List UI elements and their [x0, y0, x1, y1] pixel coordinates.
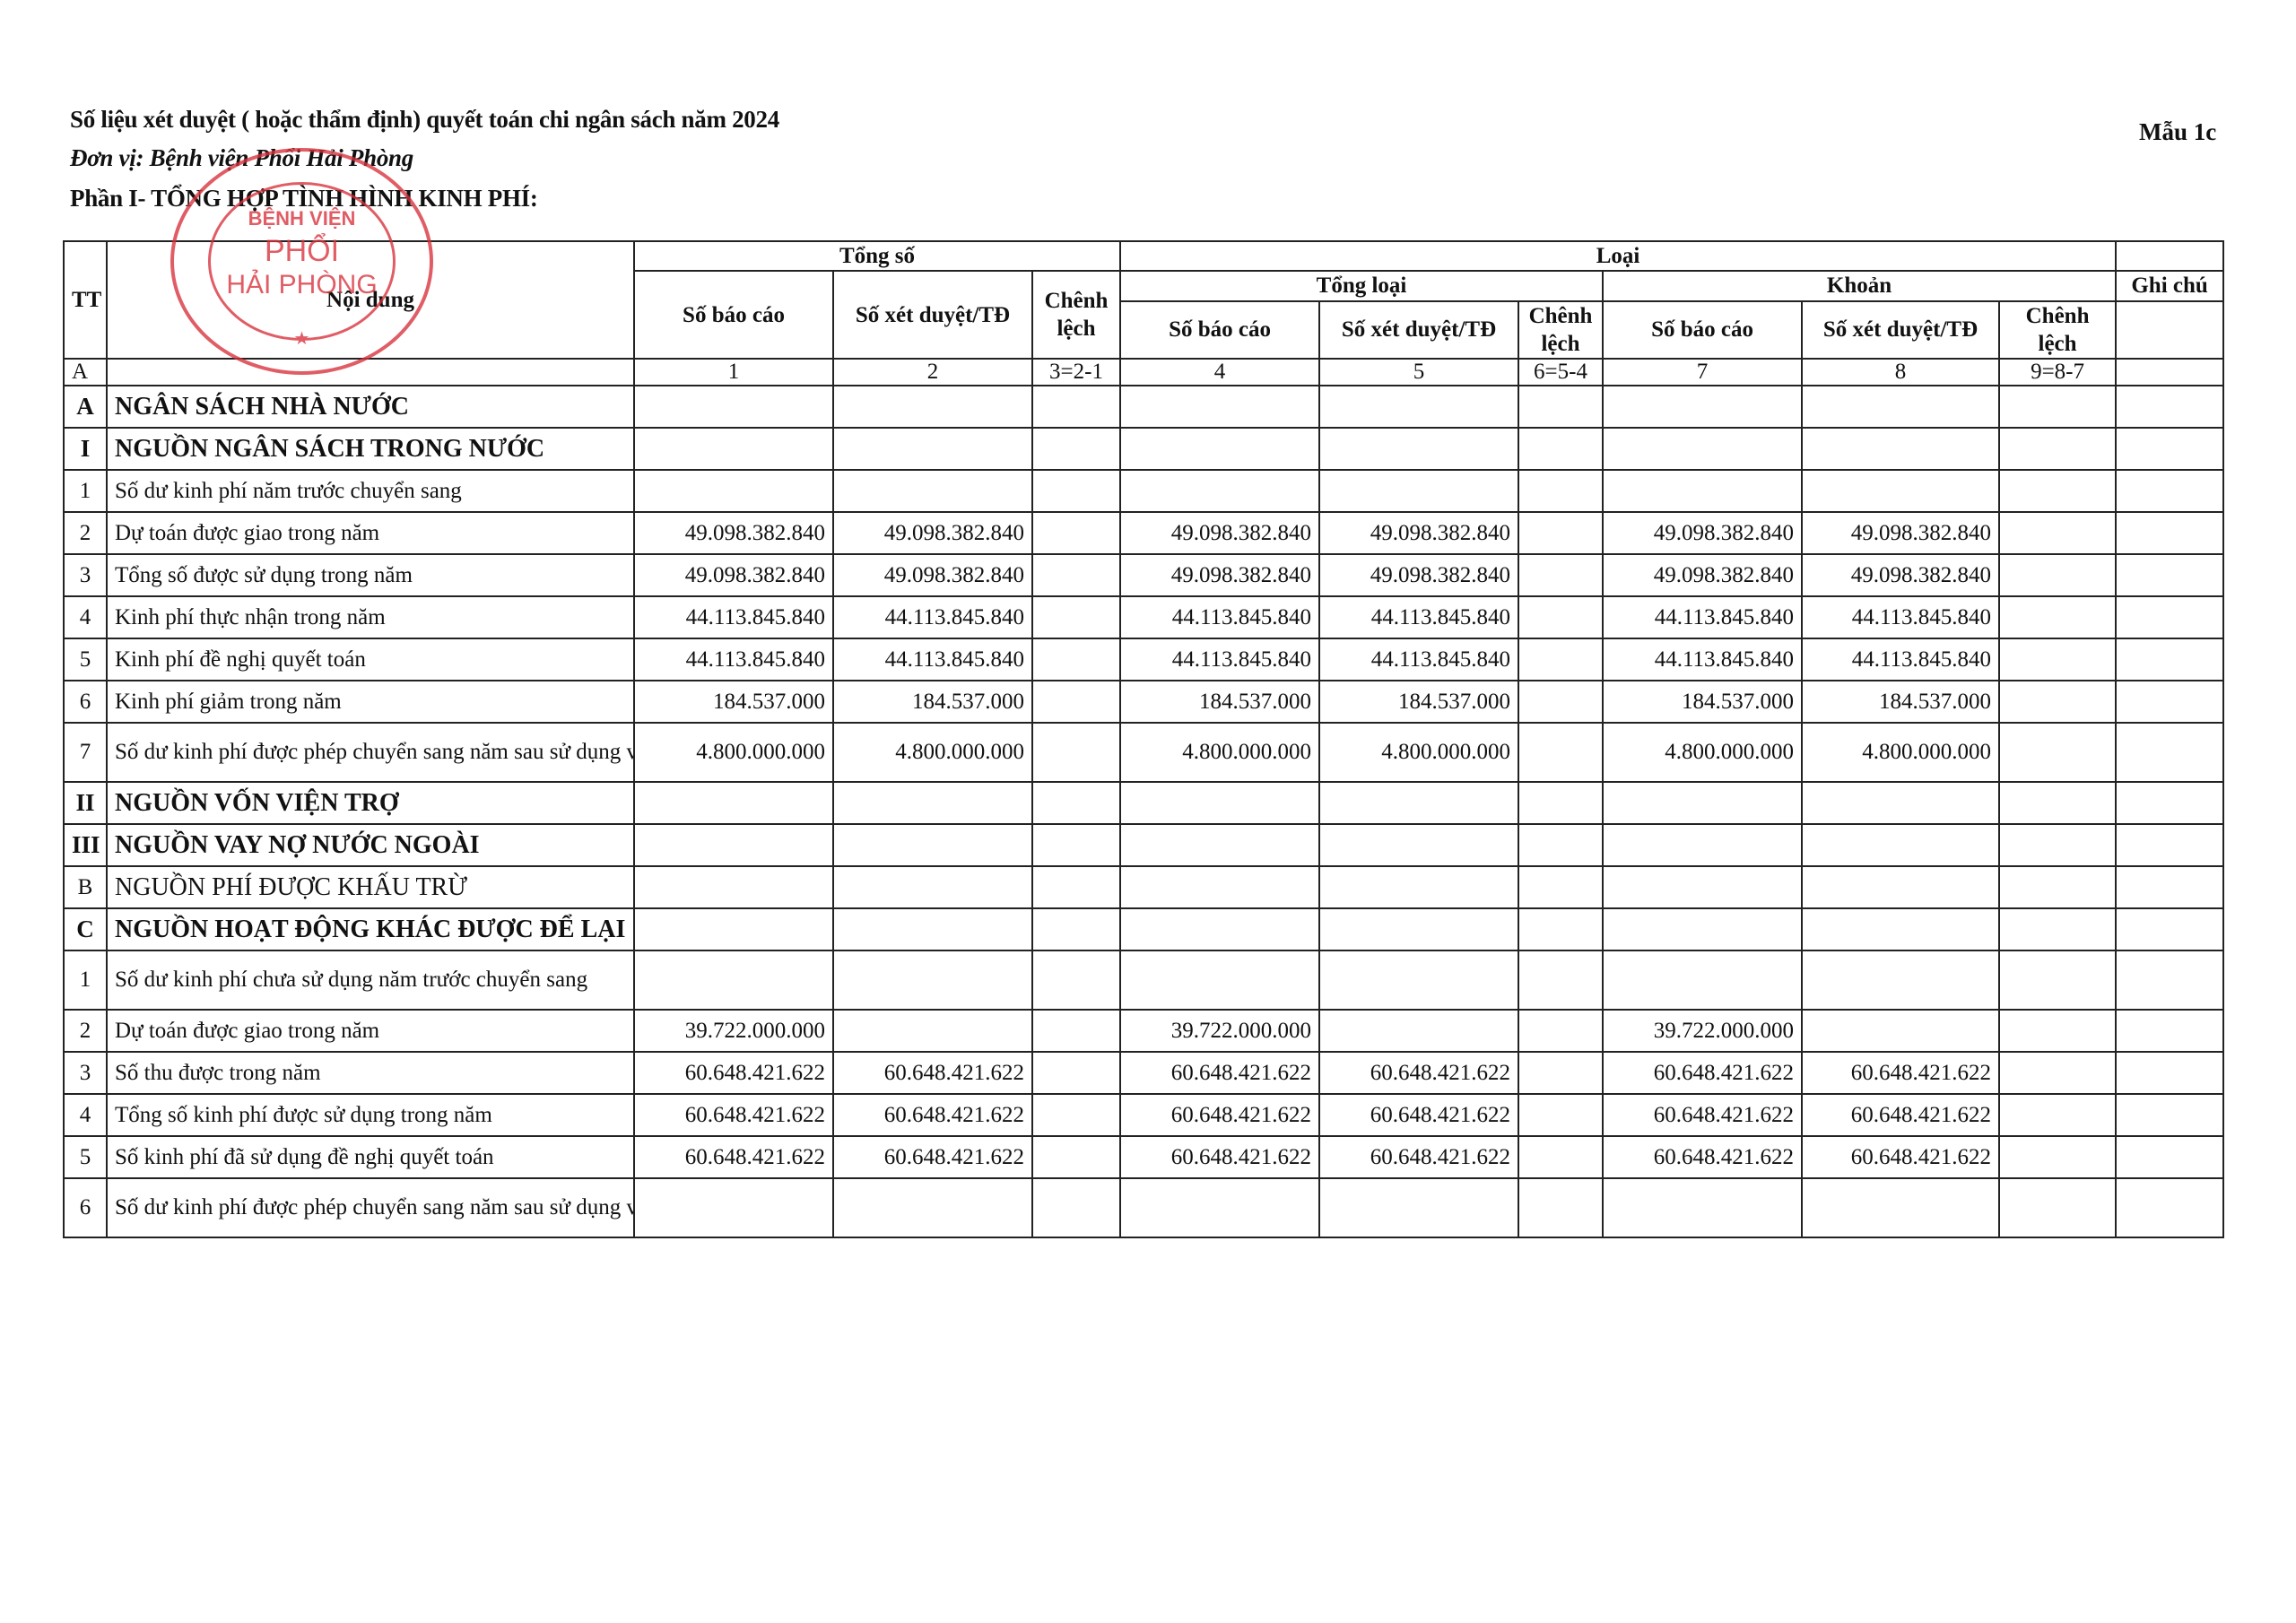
- value-cell: 49.098.382.840: [1319, 512, 1518, 554]
- value-cell: [833, 866, 1032, 908]
- value-cell: 60.648.421.622: [1120, 1136, 1319, 1178]
- value-cell: [2116, 554, 2223, 596]
- value-cell: [1999, 554, 2116, 596]
- header-note-blank: [2116, 301, 2223, 360]
- value-cell: [1603, 866, 1802, 908]
- row-label: NGUỒN VAY NỢ NƯỚC NGOÀI: [107, 824, 634, 866]
- value-cell: 60.648.421.622: [634, 1052, 833, 1094]
- value-cell: [634, 470, 833, 512]
- value-cell: [1032, 908, 1120, 950]
- column-index-cell: 3=2-1: [1032, 359, 1120, 386]
- row-label: NGÂN SÁCH NHÀ NƯỚC: [107, 386, 634, 428]
- value-cell: [1999, 596, 2116, 638]
- value-cell: [2116, 638, 2223, 681]
- value-cell: 60.648.421.622: [1802, 1094, 1999, 1136]
- header-type-total: Tổng loại: [1120, 271, 1603, 300]
- header-item-diff: Chênh lệch: [1999, 301, 2116, 360]
- value-cell: [833, 386, 1032, 428]
- row-number: C: [64, 908, 107, 950]
- value-cell: [1120, 950, 1319, 1010]
- value-cell: [1603, 908, 1802, 950]
- value-cell: 44.113.845.840: [634, 638, 833, 681]
- value-cell: 39.722.000.000: [1120, 1010, 1319, 1052]
- table-row: CNGUỒN HOẠT ĐỘNG KHÁC ĐƯỢC ĐỂ LẠI: [64, 908, 2223, 950]
- row-label: NGUỒN PHÍ ĐƯỢC KHẤU TRỪ: [107, 866, 634, 908]
- value-cell: [1802, 470, 1999, 512]
- header-item: Khoản: [1603, 271, 2116, 300]
- row-label: Tổng số được sử dụng trong năm: [107, 554, 634, 596]
- row-label: Dự toán được giao trong năm: [107, 512, 634, 554]
- header-tt: TT: [64, 241, 107, 359]
- value-cell: [1120, 824, 1319, 866]
- value-cell: [1518, 824, 1603, 866]
- column-index-cell: 9=8-7: [1999, 359, 2116, 386]
- row-number: I: [64, 428, 107, 470]
- value-cell: [1999, 782, 2116, 824]
- value-cell: 49.098.382.840: [1120, 554, 1319, 596]
- value-cell: 4.800.000.000: [1120, 723, 1319, 782]
- value-cell: [2116, 512, 2223, 554]
- budget-settlement-table: TT Nội dung Tổng số Loại Số báo cáo Số x…: [63, 240, 2224, 1238]
- value-cell: [634, 782, 833, 824]
- table-row: INGUỒN NGÂN SÁCH TRONG NƯỚC: [64, 428, 2223, 470]
- value-cell: [1032, 1136, 1120, 1178]
- report-title: Số liệu xét duyệt ( hoặc thẩm định) quyế…: [70, 106, 779, 134]
- column-index-cell: 1: [634, 359, 833, 386]
- header-total-diff: Chênh lệch: [1032, 271, 1120, 359]
- value-cell: 60.648.421.622: [833, 1052, 1032, 1094]
- value-cell: [1319, 824, 1518, 866]
- value-cell: 184.537.000: [1603, 681, 1802, 723]
- value-cell: [634, 908, 833, 950]
- column-index-cell: [107, 359, 634, 386]
- table-row: 5Kinh phí đề nghị quyết toán44.113.845.8…: [64, 638, 2223, 681]
- value-cell: 60.648.421.622: [1603, 1052, 1802, 1094]
- table-row: 2Dự toán được giao trong năm49.098.382.8…: [64, 512, 2223, 554]
- column-index-cell: 7: [1603, 359, 1802, 386]
- value-cell: [1802, 428, 1999, 470]
- value-cell: 60.648.421.622: [1120, 1052, 1319, 1094]
- value-cell: [1518, 1052, 1603, 1094]
- value-cell: [1319, 1178, 1518, 1237]
- value-cell: 49.098.382.840: [1603, 554, 1802, 596]
- value-cell: [634, 824, 833, 866]
- value-cell: [1120, 1178, 1319, 1237]
- value-cell: [1032, 866, 1120, 908]
- value-cell: [2116, 723, 2223, 782]
- value-cell: [1120, 908, 1319, 950]
- value-cell: [1032, 470, 1120, 512]
- value-cell: [1032, 512, 1120, 554]
- row-number: 6: [64, 1178, 107, 1237]
- value-cell: [1999, 824, 2116, 866]
- value-cell: [1802, 386, 1999, 428]
- value-cell: [1518, 950, 1603, 1010]
- value-cell: 49.098.382.840: [634, 554, 833, 596]
- row-label: Tổng số kinh phí được sử dụng trong năm: [107, 1094, 634, 1136]
- value-cell: [634, 866, 833, 908]
- value-cell: [2116, 950, 2223, 1010]
- value-cell: 184.537.000: [1319, 681, 1518, 723]
- value-cell: [1999, 1178, 2116, 1237]
- value-cell: [1032, 681, 1120, 723]
- row-number: 4: [64, 596, 107, 638]
- row-label: Số dư kinh phí được phép chuyển sang năm…: [107, 1178, 634, 1237]
- row-label: Kinh phí giảm trong năm: [107, 681, 634, 723]
- column-index-cell: 2: [833, 359, 1032, 386]
- value-cell: [2116, 1010, 2223, 1052]
- row-number: 1: [64, 470, 107, 512]
- value-cell: [1032, 723, 1120, 782]
- value-cell: [1032, 386, 1120, 428]
- value-cell: [1518, 1136, 1603, 1178]
- value-cell: [1032, 824, 1120, 866]
- header-type-group: Loại: [1120, 241, 2116, 271]
- value-cell: 60.648.421.622: [1802, 1136, 1999, 1178]
- row-label: NGUỒN NGÂN SÁCH TRONG NƯỚC: [107, 428, 634, 470]
- value-cell: [1999, 1094, 2116, 1136]
- value-cell: [1603, 1178, 1802, 1237]
- value-cell: 44.113.845.840: [1603, 596, 1802, 638]
- table-row: IIINGUỒN VAY NỢ NƯỚC NGOÀI: [64, 824, 2223, 866]
- unit-name: Đơn vị: Bệnh viện Phổi Hải Phòng: [70, 144, 413, 172]
- value-cell: [1603, 782, 1802, 824]
- value-cell: 60.648.421.622: [1802, 1052, 1999, 1094]
- value-cell: 44.113.845.840: [1319, 596, 1518, 638]
- table-row: 4Tổng số kinh phí được sử dụng trong năm…: [64, 1094, 2223, 1136]
- table-row: 6Kinh phí giảm trong năm184.537.000184.5…: [64, 681, 2223, 723]
- value-cell: [2116, 428, 2223, 470]
- value-cell: [634, 1178, 833, 1237]
- row-number: 5: [64, 1136, 107, 1178]
- value-cell: [833, 470, 1032, 512]
- value-cell: [1603, 950, 1802, 1010]
- value-cell: [833, 1178, 1032, 1237]
- table-row: 3Tổng số được sử dụng trong năm49.098.38…: [64, 554, 2223, 596]
- value-cell: [1319, 428, 1518, 470]
- row-label: NGUỒN VỐN VIỆN TRỢ: [107, 782, 634, 824]
- row-number: II: [64, 782, 107, 824]
- value-cell: 44.113.845.840: [1319, 638, 1518, 681]
- row-number: 5: [64, 638, 107, 681]
- row-label: Số dư kinh phí được phép chuyển sang năm…: [107, 723, 634, 782]
- row-number: B: [64, 866, 107, 908]
- value-cell: [1518, 470, 1603, 512]
- value-cell: 44.113.845.840: [1120, 596, 1319, 638]
- value-cell: [1319, 950, 1518, 1010]
- value-cell: 4.800.000.000: [1802, 723, 1999, 782]
- value-cell: 60.648.421.622: [634, 1094, 833, 1136]
- value-cell: [1999, 1136, 2116, 1178]
- value-cell: 60.648.421.622: [1319, 1094, 1518, 1136]
- value-cell: 49.098.382.840: [1319, 554, 1518, 596]
- value-cell: [2116, 824, 2223, 866]
- value-cell: [2116, 1136, 2223, 1178]
- value-cell: [1999, 908, 2116, 950]
- value-cell: [833, 782, 1032, 824]
- value-cell: [1518, 1178, 1603, 1237]
- value-cell: [2116, 1052, 2223, 1094]
- value-cell: 44.113.845.840: [833, 596, 1032, 638]
- value-cell: [1518, 428, 1603, 470]
- table-row: ANGÂN SÁCH NHÀ NƯỚC: [64, 386, 2223, 428]
- value-cell: [1032, 1094, 1120, 1136]
- value-cell: 60.648.421.622: [1603, 1136, 1802, 1178]
- value-cell: [1802, 950, 1999, 1010]
- value-cell: [2116, 1178, 2223, 1237]
- value-cell: [1999, 1010, 2116, 1052]
- row-label: Số dư kinh phí chưa sử dụng năm trước ch…: [107, 950, 634, 1010]
- value-cell: [1603, 824, 1802, 866]
- value-cell: [1518, 512, 1603, 554]
- value-cell: [1319, 470, 1518, 512]
- value-cell: [2116, 596, 2223, 638]
- value-cell: 49.098.382.840: [634, 512, 833, 554]
- row-label: Số thu được trong năm: [107, 1052, 634, 1094]
- value-cell: [833, 824, 1032, 866]
- value-cell: 60.648.421.622: [1603, 1094, 1802, 1136]
- header-total-reported: Số báo cáo: [634, 271, 833, 359]
- value-cell: [833, 950, 1032, 1010]
- value-cell: [1032, 428, 1120, 470]
- value-cell: [2116, 782, 2223, 824]
- value-cell: 60.648.421.622: [1120, 1094, 1319, 1136]
- row-label: Số dư kinh phí năm trước chuyển sang: [107, 470, 634, 512]
- value-cell: [1518, 596, 1603, 638]
- row-number: 6: [64, 681, 107, 723]
- form-code: Mẫu 1c: [2139, 118, 2216, 146]
- value-cell: [1120, 470, 1319, 512]
- value-cell: [1999, 386, 2116, 428]
- value-cell: [833, 428, 1032, 470]
- value-cell: [1319, 386, 1518, 428]
- value-cell: 184.537.000: [833, 681, 1032, 723]
- row-label: NGUỒN HOẠT ĐỘNG KHÁC ĐƯỢC ĐỂ LẠI: [107, 908, 634, 950]
- value-cell: [1518, 386, 1603, 428]
- value-cell: [2116, 866, 2223, 908]
- value-cell: [1319, 908, 1518, 950]
- value-cell: [1319, 1010, 1518, 1052]
- value-cell: 44.113.845.840: [833, 638, 1032, 681]
- value-cell: [1518, 866, 1603, 908]
- value-cell: [1032, 554, 1120, 596]
- table-row: 1Số dư kinh phí chưa sử dụng năm trước c…: [64, 950, 2223, 1010]
- value-cell: [2116, 386, 2223, 428]
- value-cell: [833, 1010, 1032, 1052]
- header-type-approved: Số xét duyệt/TĐ: [1319, 301, 1518, 360]
- row-number: 3: [64, 1052, 107, 1094]
- value-cell: 44.113.845.840: [634, 596, 833, 638]
- value-cell: 49.098.382.840: [1802, 554, 1999, 596]
- value-cell: 4.800.000.000: [833, 723, 1032, 782]
- row-number: III: [64, 824, 107, 866]
- column-index-cell: 8: [1802, 359, 1999, 386]
- value-cell: [1802, 824, 1999, 866]
- value-cell: [1518, 1010, 1603, 1052]
- value-cell: [1802, 908, 1999, 950]
- table-row: 1Số dư kinh phí năm trước chuyển sang: [64, 470, 2223, 512]
- row-number: 2: [64, 1010, 107, 1052]
- value-cell: [1999, 428, 2116, 470]
- header-item-reported: Số báo cáo: [1603, 301, 1802, 360]
- row-label: Kinh phí thực nhận trong năm: [107, 596, 634, 638]
- column-index-cell: 4: [1120, 359, 1319, 386]
- value-cell: [1032, 1010, 1120, 1052]
- value-cell: [1319, 866, 1518, 908]
- value-cell: 184.537.000: [1802, 681, 1999, 723]
- value-cell: 39.722.000.000: [1603, 1010, 1802, 1052]
- value-cell: [833, 908, 1032, 950]
- value-cell: [1999, 950, 2116, 1010]
- value-cell: 49.098.382.840: [833, 512, 1032, 554]
- value-cell: [1603, 386, 1802, 428]
- value-cell: [1120, 428, 1319, 470]
- value-cell: 49.098.382.840: [1603, 512, 1802, 554]
- row-number: 7: [64, 723, 107, 782]
- value-cell: [634, 950, 833, 1010]
- value-cell: [2116, 908, 2223, 950]
- value-cell: [1032, 1052, 1120, 1094]
- value-cell: [1518, 782, 1603, 824]
- value-cell: [1518, 681, 1603, 723]
- row-number: A: [64, 386, 107, 428]
- value-cell: [1032, 1178, 1120, 1237]
- value-cell: 184.537.000: [1120, 681, 1319, 723]
- value-cell: [1032, 950, 1120, 1010]
- value-cell: [2116, 681, 2223, 723]
- value-cell: [1518, 554, 1603, 596]
- value-cell: [2116, 1094, 2223, 1136]
- value-cell: [1999, 512, 2116, 554]
- value-cell: 49.098.382.840: [833, 554, 1032, 596]
- value-cell: [1802, 866, 1999, 908]
- value-cell: 60.648.421.622: [634, 1136, 833, 1178]
- value-cell: [1518, 1094, 1603, 1136]
- column-index-row: A123=2-1456=5-4789=8-7: [64, 359, 2223, 386]
- value-cell: [634, 428, 833, 470]
- value-cell: 60.648.421.622: [1319, 1052, 1518, 1094]
- value-cell: [1603, 428, 1802, 470]
- value-cell: [1802, 1178, 1999, 1237]
- value-cell: [1319, 782, 1518, 824]
- header-item-approved: Số xét duyệt/TĐ: [1802, 301, 1999, 360]
- value-cell: [2116, 470, 2223, 512]
- row-number: 1: [64, 950, 107, 1010]
- value-cell: [1120, 866, 1319, 908]
- table-row: BNGUỒN PHÍ ĐƯỢC KHẤU TRỪ: [64, 866, 2223, 908]
- value-cell: 49.098.382.840: [1802, 512, 1999, 554]
- value-cell: [1518, 908, 1603, 950]
- value-cell: [1999, 723, 2116, 782]
- value-cell: 4.800.000.000: [634, 723, 833, 782]
- value-cell: [1999, 681, 2116, 723]
- value-cell: 184.537.000: [634, 681, 833, 723]
- value-cell: [1802, 782, 1999, 824]
- row-number: 2: [64, 512, 107, 554]
- value-cell: [1999, 638, 2116, 681]
- value-cell: [1120, 386, 1319, 428]
- value-cell: 60.648.421.622: [833, 1136, 1032, 1178]
- header-content: Nội dung: [107, 241, 634, 359]
- value-cell: 44.113.845.840: [1120, 638, 1319, 681]
- value-cell: [1603, 470, 1802, 512]
- row-number: 3: [64, 554, 107, 596]
- table-row: IINGUỒN VỐN VIỆN TRỢ: [64, 782, 2223, 824]
- value-cell: 44.113.845.840: [1802, 638, 1999, 681]
- value-cell: [634, 386, 833, 428]
- value-cell: [1999, 866, 2116, 908]
- column-index-cell: 6=5-4: [1518, 359, 1603, 386]
- table-row: 3Số thu được trong năm60.648.421.62260.6…: [64, 1052, 2223, 1094]
- value-cell: [1999, 470, 2116, 512]
- header-total-approved: Số xét duyệt/TĐ: [833, 271, 1032, 359]
- value-cell: [1032, 596, 1120, 638]
- value-cell: 44.113.845.840: [1603, 638, 1802, 681]
- header-total-group: Tổng số: [634, 241, 1120, 271]
- header-note-top: [2116, 241, 2223, 271]
- section-heading: Phần I- TỔNG HỢP TÌNH HÌNH KINH PHÍ:: [70, 185, 538, 213]
- table-row: 5Số kinh phí đã sử dụng đề nghị quyết to…: [64, 1136, 2223, 1178]
- value-cell: [1120, 782, 1319, 824]
- header-note: Ghi chú: [2116, 271, 2223, 300]
- value-cell: 4.800.000.000: [1603, 723, 1802, 782]
- column-index-cell: [2116, 359, 2223, 386]
- row-label: Kinh phí đề nghị quyết toán: [107, 638, 634, 681]
- column-index-cell: 5: [1319, 359, 1518, 386]
- row-number: 4: [64, 1094, 107, 1136]
- table-row: 6Số dư kinh phí được phép chuyển sang nă…: [64, 1178, 2223, 1237]
- header-type-diff: Chênh lệch: [1518, 301, 1603, 360]
- table-row: 2Dự toán được giao trong năm39.722.000.0…: [64, 1010, 2223, 1052]
- header-type-reported: Số báo cáo: [1120, 301, 1319, 360]
- value-cell: 44.113.845.840: [1802, 596, 1999, 638]
- value-cell: [1518, 638, 1603, 681]
- value-cell: 4.800.000.000: [1319, 723, 1518, 782]
- value-cell: [1999, 1052, 2116, 1094]
- value-cell: [1032, 638, 1120, 681]
- row-label: Dự toán được giao trong năm: [107, 1010, 634, 1052]
- value-cell: [1802, 1010, 1999, 1052]
- value-cell: 49.098.382.840: [1120, 512, 1319, 554]
- value-cell: 60.648.421.622: [1319, 1136, 1518, 1178]
- table-body: ANGÂN SÁCH NHÀ NƯỚCINGUỒN NGÂN SÁCH TRON…: [64, 386, 2223, 1237]
- value-cell: [1032, 782, 1120, 824]
- value-cell: 39.722.000.000: [634, 1010, 833, 1052]
- row-label: Số kinh phí đã sử dụng đề nghị quyết toá…: [107, 1136, 634, 1178]
- value-cell: 60.648.421.622: [833, 1094, 1032, 1136]
- column-index-cell: A: [64, 359, 107, 386]
- value-cell: [1518, 723, 1603, 782]
- table-row: 4Kinh phí thực nhận trong năm44.113.845.…: [64, 596, 2223, 638]
- table-row: 7Số dư kinh phí được phép chuyển sang nă…: [64, 723, 2223, 782]
